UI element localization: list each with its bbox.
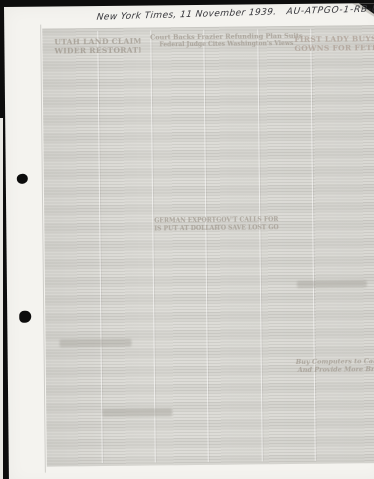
annotation-reference-code: AU-ATPGO-1-RB-US-70 [286, 4, 374, 17]
headline-line: GERMAN EXPORT TOTAL [154, 217, 217, 225]
column-divider [97, 31, 103, 463]
faded-subhead [102, 408, 172, 417]
headline-first-lady-gowns: FIRST LADY BUYS GOWNS FOR FETE [294, 34, 374, 54]
headline-line: And Provide More Br. [296, 365, 374, 374]
headline-govt-gold-plan: GOV'T CALLS FOR A PLAN TO SAVE LOST GOLD [216, 216, 278, 232]
headline-line: GOWNS FOR FETE [294, 43, 374, 53]
column-divider [310, 29, 316, 461]
headline-line: GOV'T CALLS FOR A PLAN [216, 216, 278, 224]
headline-bottom-italic-notice: Buy Computers to Cal. And Provide More B… [296, 357, 374, 374]
headline-line: WIDER RESTORATION [54, 46, 140, 56]
headline-german-export: GERMAN EXPORT TOTAL IS PUT AT DOLLARS [154, 217, 217, 233]
headline-line: Federal Judge Cites Washington's Views [142, 40, 310, 49]
annotation-source-date: New York Times, 11 November 1939. [96, 7, 277, 22]
scan-canvas: New York Times, 11 November 1939. AU-ATP… [0, 0, 374, 479]
column-divider [203, 30, 209, 462]
faded-subhead [59, 339, 131, 348]
hole-punch-top [17, 174, 28, 184]
faded-subhead [297, 280, 367, 288]
column-divider [150, 30, 156, 462]
headline-court-backs-frazier: Court Backs Frazier Refunding Plan Suits… [142, 32, 310, 49]
headline-line: IS PUT AT DOLLARS [154, 224, 217, 232]
headline-utah-land-claims: UTAH LAND CLAIMS WIDER RESTORATION [54, 37, 140, 57]
column-divider [257, 29, 263, 461]
headline-line: TO SAVE LOST GOLD [216, 224, 278, 232]
scanner-bed-edge [0, 118, 3, 479]
newsprint-area: UTAH LAND CLAIMS WIDER RESTORATION Court… [42, 25, 374, 466]
newspaper-page: New York Times, 11 November 1939. AU-ATP… [4, 3, 374, 479]
hole-punch-bottom [19, 311, 31, 323]
